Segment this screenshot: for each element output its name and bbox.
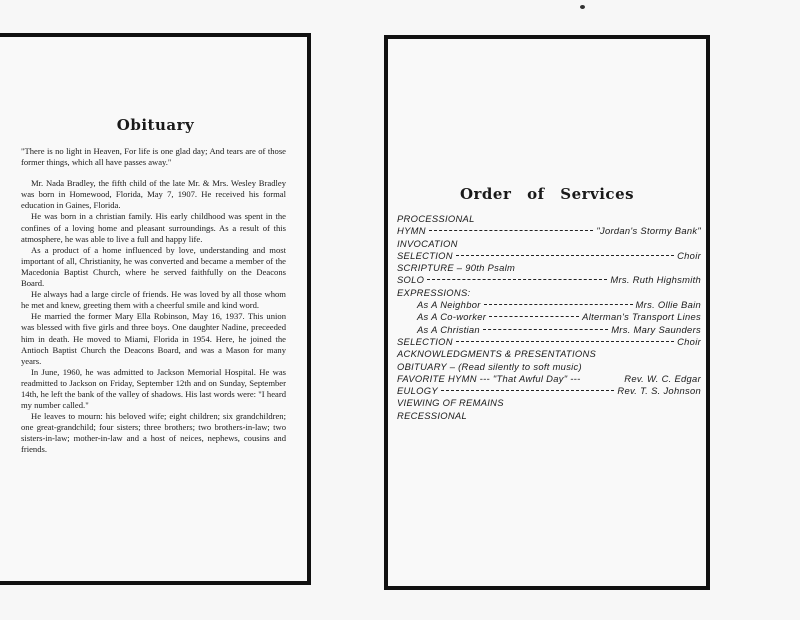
service-item-performer: Rev. W. C. Edgar [624, 373, 701, 385]
service-item-label: SELECTION [397, 250, 453, 262]
service-item-label: As A Neighbor [417, 299, 481, 311]
service-item: PROCESSIONAL [397, 213, 701, 225]
obituary-paragraph: As a product of a home influenced by lov… [21, 245, 286, 289]
service-item-performer: Mrs. Ruth Highsmith [610, 274, 701, 286]
obituary-paragraph: Mr. Nada Bradley, the fifth child of the… [21, 178, 286, 211]
service-item: OBITUARY – (Read silently to soft music) [397, 361, 701, 373]
scan-speck [580, 5, 585, 9]
service-item: VIEWING OF REMAINS [397, 397, 701, 409]
obituary-title: Obituary [4, 116, 307, 134]
service-item: FAVORITE HYMN --- "That Awful Day" ---Re… [397, 373, 701, 385]
obituary-page: Obituary "There is no light in Heaven, F… [0, 33, 311, 585]
service-item: INVOCATION [397, 238, 701, 250]
obituary-paragraph: He leaves to mourn: his beloved wife; ei… [21, 411, 286, 455]
service-item-label: As A Christian [417, 324, 480, 336]
service-item-performer: Mrs. Ollie Bain [636, 299, 701, 311]
service-item-performer: Choir [677, 250, 701, 262]
obituary-paragraph: In June, 1960, he was admitted to Jackso… [21, 367, 286, 411]
service-item-label: HYMN [397, 225, 426, 237]
service-item-label: ACKNOWLEDGMENTS & PRESENTATIONS [397, 348, 596, 360]
service-item-performer: Alterman's Transport Lines [582, 311, 701, 323]
service-item: HYMN"Jordan's Stormy Bank" [397, 225, 701, 237]
dotted-leader [456, 255, 674, 256]
service-item: SOLOMrs. Ruth Highsmith [397, 274, 701, 286]
service-item-label: INVOCATION [397, 238, 458, 250]
service-item-label: FAVORITE HYMN --- "That Awful Day" --- [397, 373, 581, 385]
service-item: SELECTIONChoir [397, 250, 701, 262]
service-item-label: RECESSIONAL [397, 410, 467, 422]
obituary-text: "There is no light in Heaven, For life i… [21, 146, 286, 456]
dotted-leader [441, 390, 615, 391]
obituary-paragraph: He was born in a christian family. His e… [21, 211, 286, 244]
service-item-label: VIEWING OF REMAINS [397, 397, 504, 409]
order-of-services-title: Order of Services [388, 185, 706, 203]
service-item-performer: Rev. T. S. Johnson [617, 385, 701, 397]
dotted-leader [427, 279, 607, 280]
dotted-leader [429, 230, 594, 231]
service-item-label: EULOGY [397, 385, 438, 397]
dotted-leader [483, 329, 608, 330]
service-item-label: As A Co-worker [417, 311, 486, 323]
service-item: SCRIPTURE – 90th Psalm [397, 262, 701, 274]
services-list: PROCESSIONALHYMN"Jordan's Stormy Bank"IN… [397, 213, 701, 422]
service-item-label: SELECTION [397, 336, 453, 348]
service-item: As A Co-workerAlterman's Transport Lines [397, 311, 701, 323]
service-item-label: SOLO [397, 274, 424, 286]
service-item-label: PROCESSIONAL [397, 213, 475, 225]
service-item: As A ChristianMrs. Mary Saunders [397, 324, 701, 336]
dotted-leader [489, 316, 579, 317]
service-item: EULOGYRev. T. S. Johnson [397, 385, 701, 397]
service-item: As A NeighborMrs. Ollie Bain [397, 299, 701, 311]
service-item: ACKNOWLEDGMENTS & PRESENTATIONS [397, 348, 701, 360]
obituary-paragraph: He married the former Mary Ella Robinson… [21, 311, 286, 366]
order-of-services-page: Order of Services PROCESSIONALHYMN"Jorda… [384, 35, 710, 590]
service-item: SELECTIONChoir [397, 336, 701, 348]
service-item-performer: Choir [677, 336, 701, 348]
service-item-performer: "Jordan's Stormy Bank" [596, 225, 701, 237]
service-item-performer: Mrs. Mary Saunders [611, 324, 701, 336]
dotted-leader [484, 304, 633, 305]
service-item-label: OBITUARY – (Read silently to soft music) [397, 361, 582, 373]
obituary-paragraph: He always had a large circle of friends.… [21, 289, 286, 311]
dotted-leader [456, 341, 674, 342]
service-item: RECESSIONAL [397, 410, 701, 422]
service-item: EXPRESSIONS: [397, 287, 701, 299]
service-item-label: EXPRESSIONS: [397, 287, 470, 299]
service-item-label: SCRIPTURE – 90th Psalm [397, 262, 515, 274]
obituary-quote: "There is no light in Heaven, For life i… [21, 146, 286, 168]
